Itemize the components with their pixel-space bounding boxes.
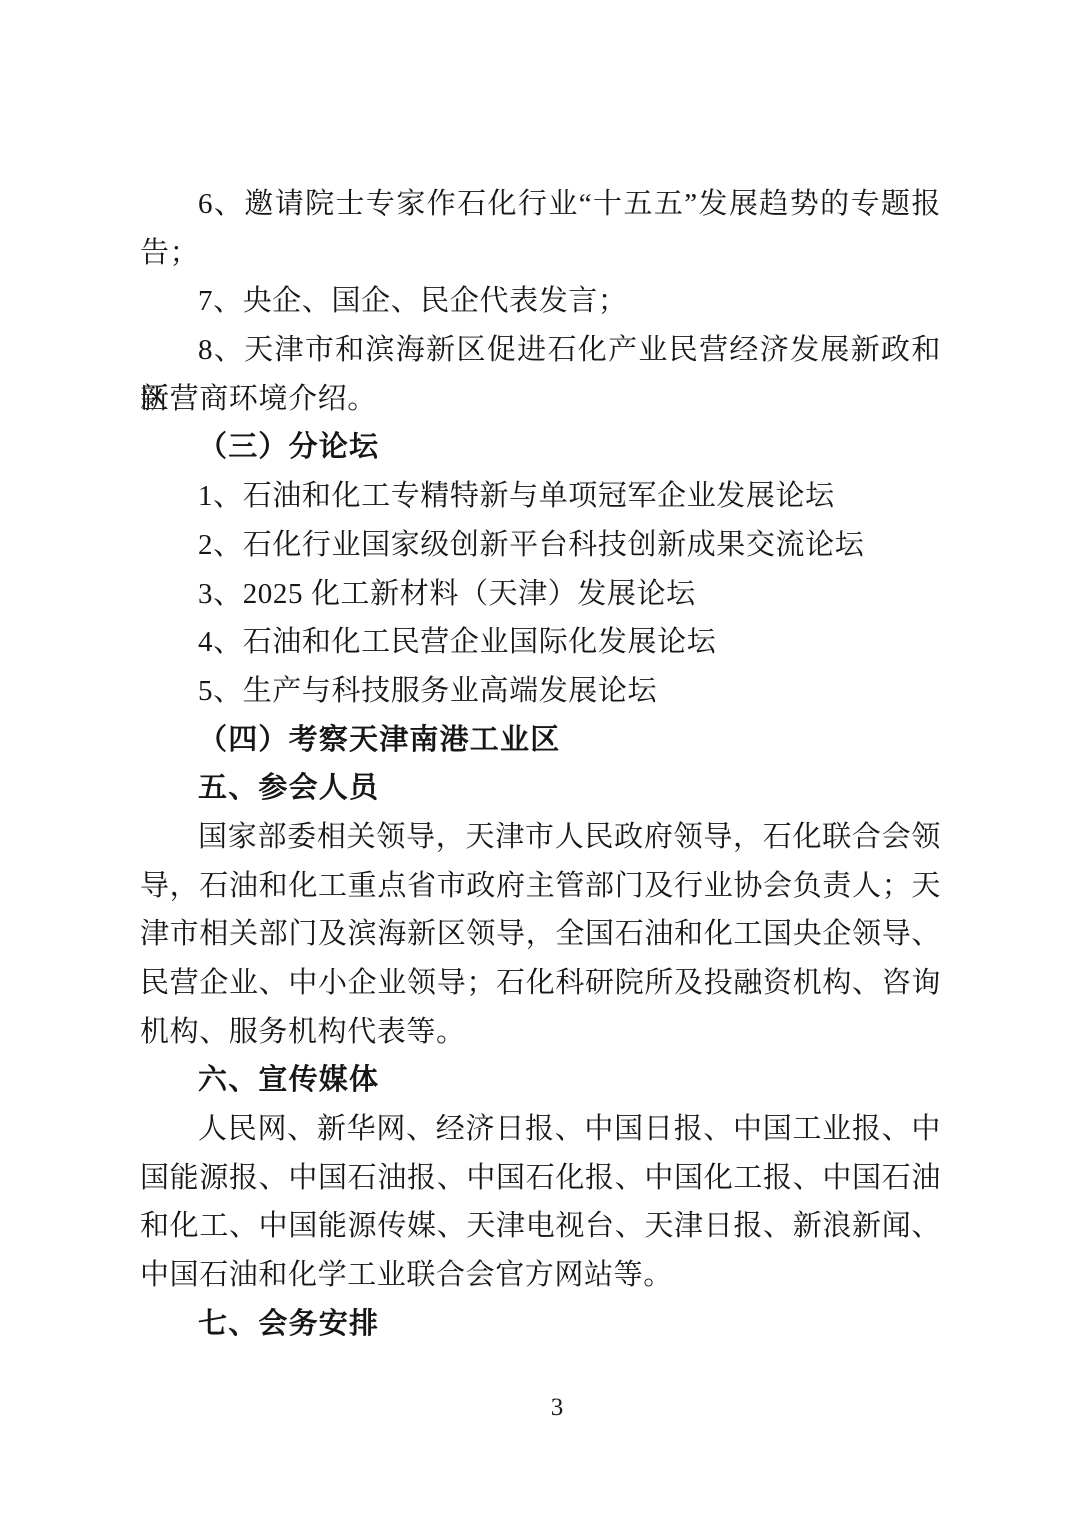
body-line: 8、天津市和滨海新区促进石化产业民营经济发展新政和新 — [140, 326, 941, 375]
heading-section-7-logistics: 七、会务安排 — [140, 1300, 941, 1349]
body-line: 和化工、中国能源传媒、天津电视台、天津日报、新浪新闻、 — [140, 1202, 941, 1251]
body-line: 中国石油和化学工业联合会官方网站等。 — [140, 1251, 941, 1300]
page-number: 3 — [0, 1390, 1080, 1426]
body-line: 3、2025 化工新材料（天津）发展论坛 — [140, 570, 941, 619]
heading-section-5-attendees: 五、参会人员 — [140, 764, 941, 813]
body-line: 7、央企、国企、民企代表发言； — [140, 277, 941, 326]
body-line: 民营企业、中小企业领导；石化科研院所及投融资机构、咨询 — [140, 959, 941, 1008]
body-line: 2、石化行业国家级创新平台科技创新成果交流论坛 — [140, 521, 941, 570]
body-line: 区营商环境介绍。 — [140, 375, 941, 424]
body-line: 国家部委相关领导，天津市人民政府领导，石化联合会领 — [140, 813, 941, 862]
document-page: 6、邀请院士专家作石化行业“十五五”发展趋势的专题报 告； 7、央企、国企、民企… — [0, 0, 1080, 1528]
body-line: 导，石油和化工重点省市政府主管部门及行业协会负责人；天 — [140, 862, 941, 911]
body-line: 津市相关部门及滨海新区领导，全国石油和化工国央企领导、 — [140, 910, 941, 959]
document-body: 6、邀请院士专家作石化行业“十五五”发展趋势的专题报 告； 7、央企、国企、民企… — [140, 180, 941, 1349]
body-line: 人民网、新华网、经济日报、中国日报、中国工业报、中 — [140, 1105, 941, 1154]
heading-section-6-media: 六、宣传媒体 — [140, 1056, 941, 1105]
body-line: 6、邀请院士专家作石化行业“十五五”发展趋势的专题报 — [140, 180, 941, 229]
body-line: 机构、服务机构代表等。 — [140, 1008, 941, 1057]
body-line: 4、石油和化工民营企业国际化发展论坛 — [140, 618, 941, 667]
heading-section-3-subforums: （三）分论坛 — [140, 423, 941, 472]
body-line: 5、生产与科技服务业高端发展论坛 — [140, 667, 941, 716]
body-line: 1、石油和化工专精特新与单项冠军企业发展论坛 — [140, 472, 941, 521]
body-line: 国能源报、中国石油报、中国石化报、中国化工报、中国石油 — [140, 1154, 941, 1203]
body-line: 告； — [140, 229, 941, 278]
heading-section-4-site-visit: （四）考察天津南港工业区 — [140, 716, 941, 765]
